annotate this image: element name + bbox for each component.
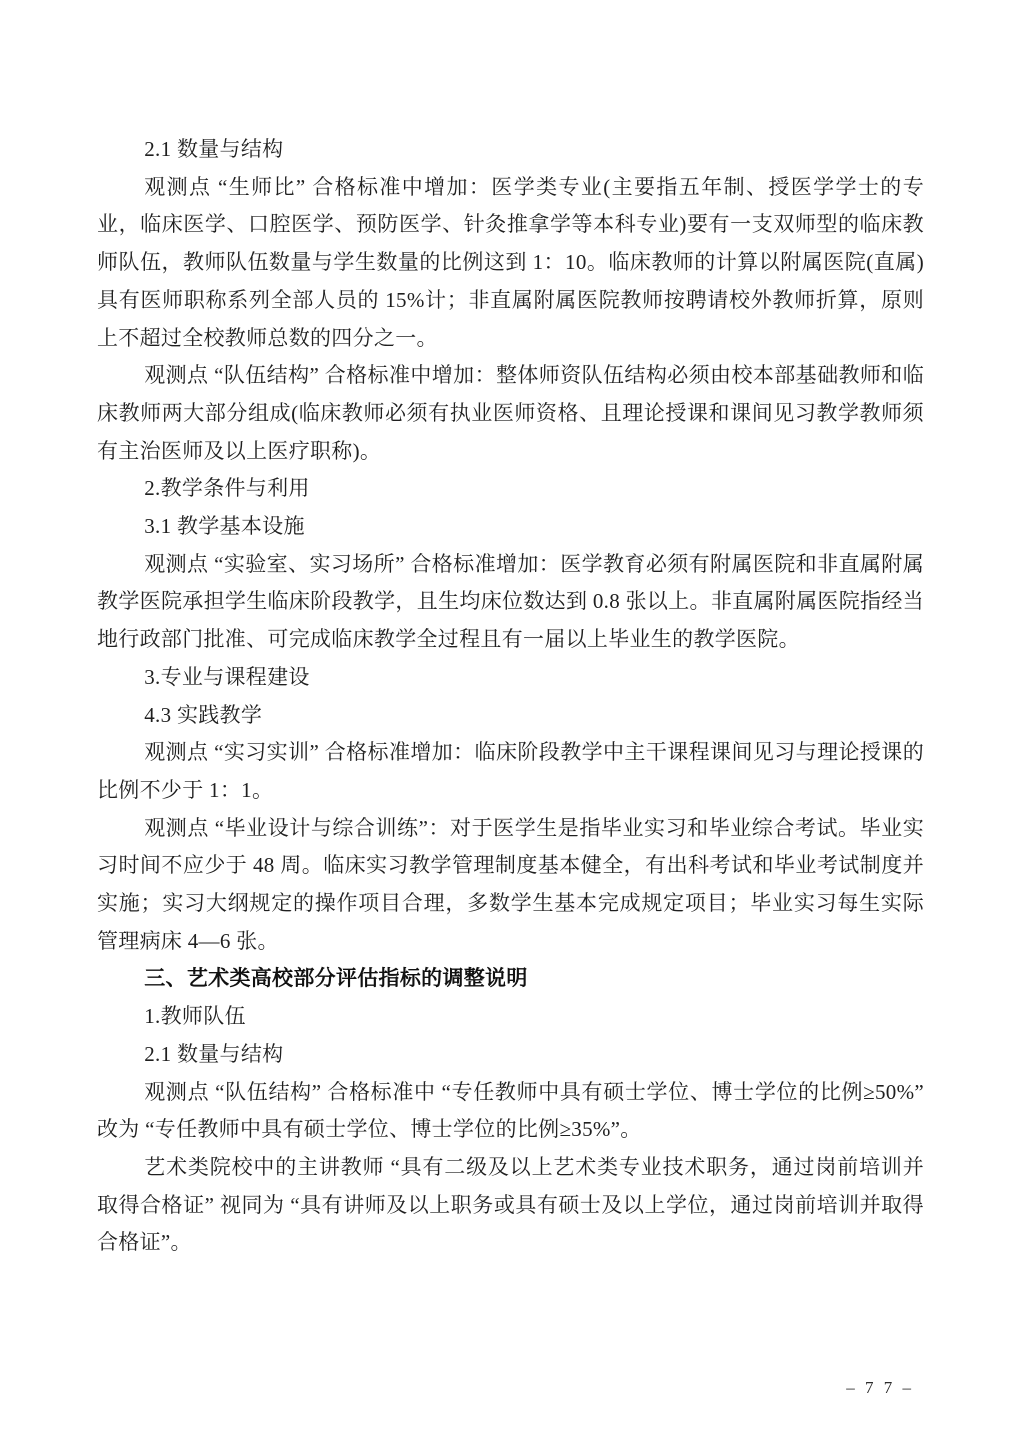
subheading-teaching-conditions: 2.教学条件与利用 [97,470,924,508]
paragraph-art-lecturer-equivalent: 艺术类院校中的主讲教师 “具有二级及以上艺术类专业技术职务，通过岗前培训并取得合… [97,1149,924,1262]
subheading-quantity-structure: 2.1 数量与结构 [97,131,924,169]
paragraph-degree-ratio-change: 观测点 “队伍结构” 合格标准中 “专任教师中具有硕士学位、博士学位的比例≥50… [97,1074,924,1149]
paragraph-student-teacher-ratio: 观测点 “生师比” 合格标准中增加：医学类专业(主要指五年制、授医学学士的专业，… [97,169,924,358]
paragraph-graduation-design: 观测点 “毕业设计与综合训练”：对于医学生是指毕业实习和毕业综合考试。毕业实习时… [97,810,924,961]
document-page: 2.1 数量与结构 观测点 “生师比” 合格标准中增加：医学类专业(主要指五年制… [0,0,1024,1448]
subheading-teacher-team: 1.教师队伍 [97,998,924,1036]
subheading-quantity-structure-art: 2.1 数量与结构 [97,1036,924,1074]
paragraph-team-structure-medical: 观测点 “队伍结构” 合格标准中增加：整体师资队伍结构必须由校本部基础教师和临床… [97,357,924,470]
paragraph-internship-training: 观测点 “实习实训” 合格标准增加：临床阶段教学中主干课程课间见习与理论授课的比… [97,734,924,809]
document-body: 2.1 数量与结构 观测点 “生师比” 合格标准中增加：医学类专业(主要指五年制… [97,131,924,1262]
subheading-practical-teaching: 4.3 实践教学 [97,697,924,735]
subheading-basic-facilities: 3.1 教学基本设施 [97,508,924,546]
subheading-major-curriculum: 3.专业与课程建设 [97,659,924,697]
section-heading-art-colleges: 三、艺术类高校部分评估指标的调整说明 [97,960,924,998]
paragraph-lab-practice-sites: 观测点 “实验室、实习场所” 合格标准增加：医学教育必须有附属医院和非直属附属教… [97,546,924,659]
page-number: – 7 7 – [846,1378,914,1398]
